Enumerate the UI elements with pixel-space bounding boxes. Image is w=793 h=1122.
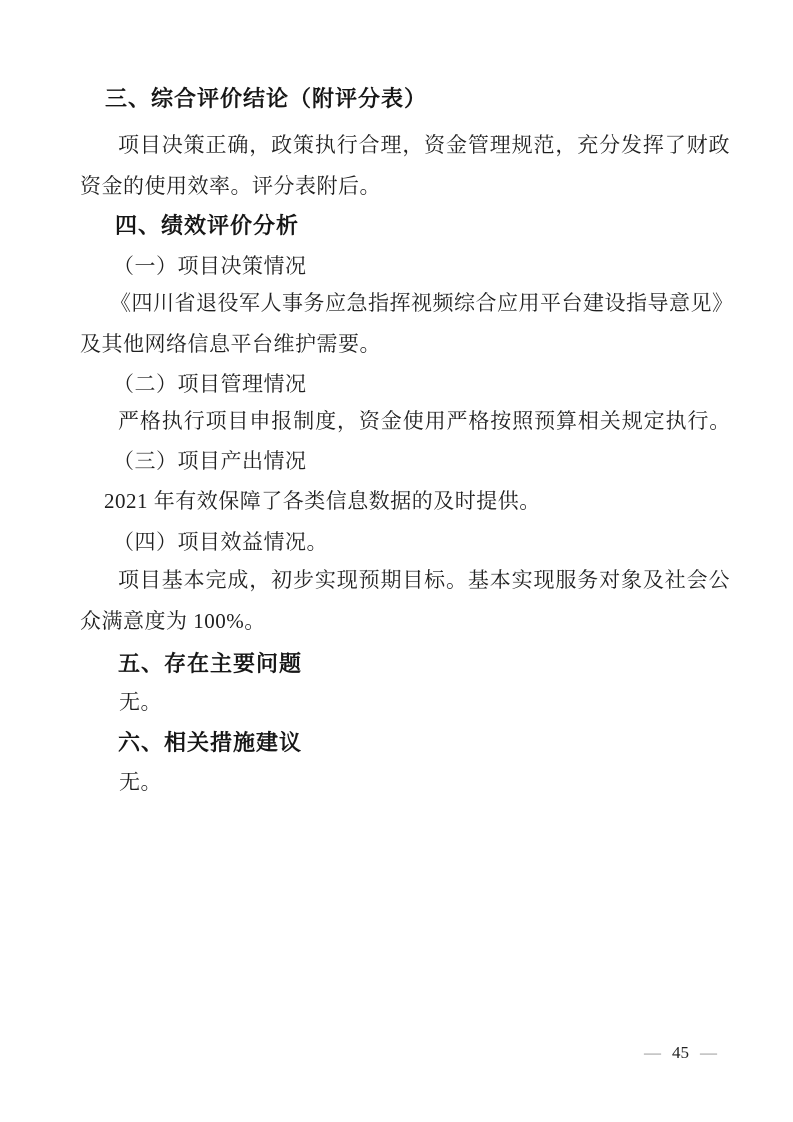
footer-right-dash: — <box>700 1043 717 1063</box>
paragraph-line: 无。 <box>119 690 162 714</box>
sub-heading-1: （一）项目决策情况 <box>113 254 307 278</box>
section-heading-3: 三、综合评价结论（附评分表） <box>105 87 427 111</box>
section-heading-6: 六、相关措施建议 <box>118 731 302 755</box>
page-number-footer: — 45 — <box>644 1043 717 1063</box>
sub-heading-2: （二）项目管理情况 <box>113 372 307 396</box>
paragraph-line: 项目基本完成，初步实现预期目标。基本实现服务对象及社会公 <box>118 568 730 592</box>
paragraph-line: 项目决策正确，政策执行合理，资金管理规范，充分发挥了财政 <box>118 133 730 157</box>
sub-heading-4: （四）项目效益情况。 <box>113 530 328 554</box>
page-number: 45 <box>672 1043 689 1063</box>
paragraph-line: 2021 年有效保障了各类信息数据的及时提供。 <box>104 489 541 513</box>
section-heading-5: 五、存在主要问题 <box>118 652 302 676</box>
sub-heading-3: （三）项目产出情况 <box>113 449 307 473</box>
paragraph-line: 众满意度为 100%。 <box>80 609 266 633</box>
paragraph-line: 《四川省退役军人事务应急指挥视频综合应用平台建设指导意见》 <box>110 291 730 315</box>
document-page: 三、综合评价结论（附评分表） 项目决策正确，政策执行合理，资金管理规范，充分发挥… <box>0 0 793 1122</box>
paragraph-line: 资金的使用效率。评分表附后。 <box>80 174 381 198</box>
footer-left-dash: — <box>644 1043 661 1063</box>
paragraph-line: 严格执行项目申报制度，资金使用严格按照预算相关规定执行。 <box>118 409 731 433</box>
paragraph-line: 及其他网络信息平台维护需要。 <box>80 332 381 356</box>
section-heading-4: 四、绩效评价分析 <box>115 214 299 238</box>
paragraph-line: 无。 <box>119 770 162 794</box>
